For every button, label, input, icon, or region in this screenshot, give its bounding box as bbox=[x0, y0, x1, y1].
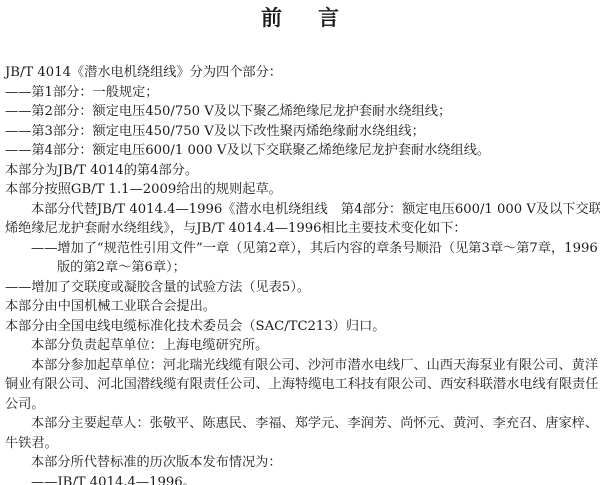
foreword-body: JB/T 4014《潜水电机绕组线》分为四个部分： ——第1部分：一般规定； —… bbox=[5, 63, 597, 485]
participating-drafters-line-3: 公司。 bbox=[5, 395, 597, 415]
page-title: 前言 bbox=[0, 2, 600, 32]
intro-paragraph: JB/T 4014《潜水电机绕组线》分为四个部分： bbox=[5, 63, 597, 83]
part-list-item-1: ——第1部分：一般规定； bbox=[5, 83, 597, 103]
previous-edition-item: ——JB/T 4014.4—1996。 bbox=[5, 473, 597, 485]
centralized-by-statement: 本部分由全国电线电缆标准化技术委员会（SAC/TC213）归口。 bbox=[5, 317, 597, 337]
part-list-item-3: ——第3部分：额定电压450/750 V及以下改性聚丙烯绝缘耐水绕组线； bbox=[5, 122, 597, 142]
replacement-statement-line-2: 烯绝缘尼龙护套耐水绕组线》，与JB/T 4014.4—1996相比主要技术变化如… bbox=[5, 219, 597, 239]
change-item-2: ——增加了交联度或凝胶含量的试验方法（见表5）。 bbox=[5, 278, 597, 298]
proposer-statement: 本部分由中国机械工业联合会提出。 bbox=[5, 297, 597, 317]
participating-drafters-line-2: 铜业有限公司、河北国潜线缆有限责任公司、上海特缆电工科技有限公司、西安科联潜水电… bbox=[5, 375, 597, 395]
lead-drafter-statement: 本部分负责起草单位：上海电缆研究所。 bbox=[5, 336, 597, 356]
main-drafters-line-1: 本部分主要起草人：张敬平、陈惠民、李福、郑学元、李润芳、尚怀元、黄河、李充召、唐… bbox=[5, 414, 597, 434]
drafting-rules-statement: 本部分按照GB/T 1.1—2009给出的规则起草。 bbox=[5, 180, 597, 200]
participating-drafters-line-1: 本部分参加起草单位：河北瑞光线缆有限公司、沙河市潜水电线厂、山西天海泵业有限公司… bbox=[5, 356, 597, 376]
title-char-2: 言 bbox=[318, 6, 339, 30]
part-list-item-2: ——第2部分：额定电压450/750 V及以下聚乙烯绝缘尼龙护套耐水绕组线； bbox=[5, 102, 597, 122]
change-item-1-line-2: 版的第2章～第6章）； bbox=[5, 258, 597, 278]
document-page: 前言 JB/T 4014《潜水电机绕组线》分为四个部分： ——第1部分：一般规定… bbox=[0, 0, 600, 485]
replacement-statement-line-1: 本部分代替JB/T 4014.4—1996《潜水电机绕组线 第4部分：额定电压6… bbox=[5, 200, 597, 220]
part-list-item-4: ——第4部分：额定电压600/1 000 V及以下交联聚乙烯绝缘尼龙护套耐水绕组… bbox=[5, 141, 597, 161]
title-char-1: 前 bbox=[261, 6, 282, 30]
previous-editions-statement: 本部分所代替标准的历次版本发布情况为： bbox=[5, 453, 597, 473]
part-statement: 本部分为JB/T 4014的第4部分。 bbox=[5, 161, 597, 181]
change-item-1-line-1: ——增加了“规范性引用文件”一章（见第2章），其后内容的章条号顺沿（见第3章～第… bbox=[5, 239, 597, 259]
main-drafters-line-2: 牛铁君。 bbox=[5, 434, 597, 454]
